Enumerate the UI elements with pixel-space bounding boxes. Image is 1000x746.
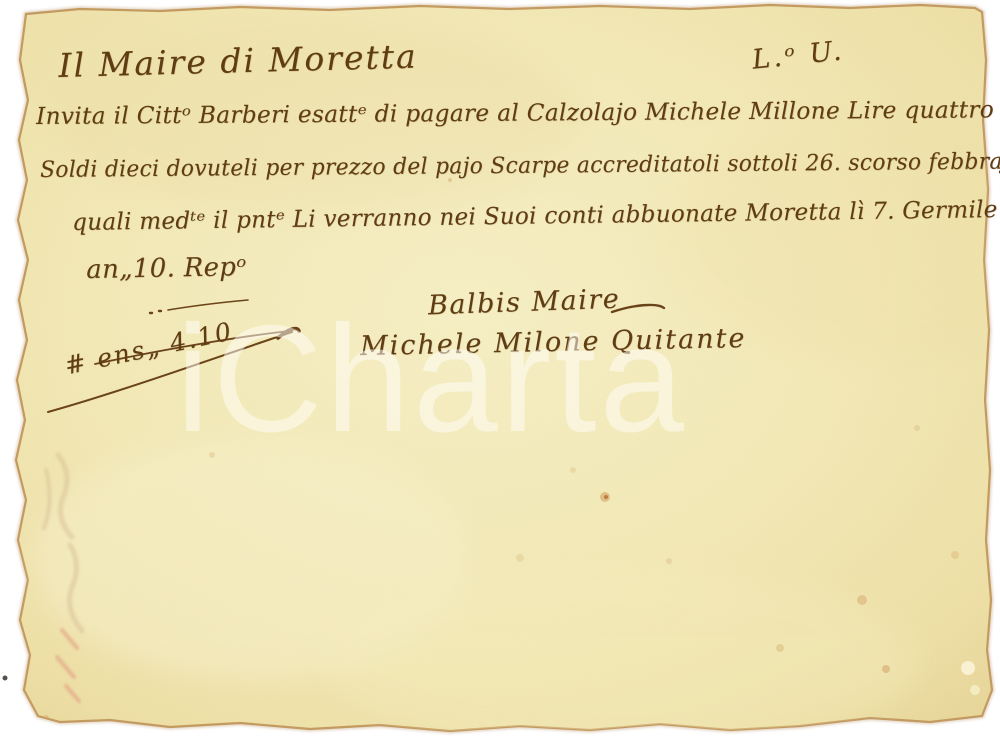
background-speck <box>3 676 8 681</box>
manuscript-line-4: an„10. Repᵒ <box>86 252 247 285</box>
photo-background: L.ᵒ U. Il Maire di Moretta Invita il Cit… <box>0 0 1000 746</box>
